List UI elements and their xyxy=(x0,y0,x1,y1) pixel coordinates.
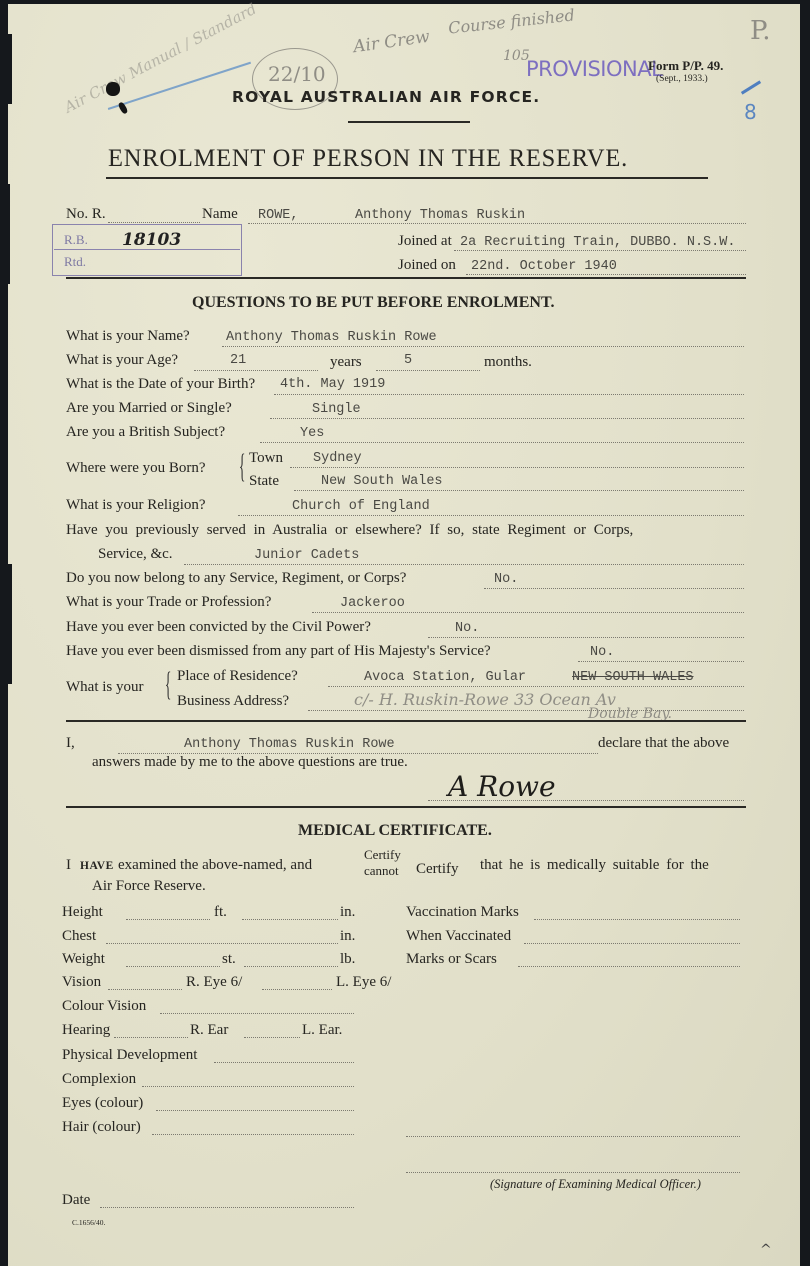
weight-st-field[interactable] xyxy=(126,966,220,967)
signature-caption: (Signature of Examining Medical Officer.… xyxy=(490,1177,701,1192)
in-label: in. xyxy=(340,904,355,921)
eyes-label: Eyes (colour) xyxy=(62,1095,143,1112)
cannot-option[interactable]: cannot xyxy=(364,863,399,879)
marks-scars-field[interactable] xyxy=(518,966,740,967)
trade-question: What is your Trade or Profession? xyxy=(66,594,271,611)
married-answer: Single xyxy=(312,402,361,417)
vision-label: Vision xyxy=(62,974,101,991)
business-question: Business Address? xyxy=(177,693,289,710)
vision-field[interactable] xyxy=(108,989,182,990)
age-years-line[interactable] xyxy=(194,370,318,371)
l-ear-label: L. Ear. xyxy=(302,1022,342,1039)
header-divider xyxy=(348,121,470,123)
org-name: ROYAL AUSTRALIAN AIR FORCE. xyxy=(232,88,540,106)
joined-on-field[interactable] xyxy=(466,274,746,275)
handwritten-note-course: Course finished xyxy=(447,5,575,37)
height-label: Height xyxy=(62,904,103,921)
residence-struck: NEW SOUTH WALES xyxy=(572,670,694,685)
religion-line[interactable] xyxy=(238,515,744,516)
rtd-label: Rtd. xyxy=(64,254,86,270)
town-label: Town xyxy=(249,450,283,467)
medical-text-i: I xyxy=(66,857,71,874)
religion-answer: Church of England xyxy=(292,499,430,514)
section-divider xyxy=(66,806,746,808)
when-vaccinated-field[interactable] xyxy=(524,943,740,944)
residence-brace: { xyxy=(165,666,172,704)
complexion-field[interactable] xyxy=(142,1086,354,1087)
dismissed-question: Have you ever been dismissed from any pa… xyxy=(66,643,491,660)
weight-label: Weight xyxy=(62,951,105,968)
physical-label: Physical Development xyxy=(62,1047,197,1064)
height-in-field[interactable] xyxy=(242,919,338,920)
vaccination-marks-label: Vaccination Marks xyxy=(406,904,519,921)
st-label: st. xyxy=(222,951,236,968)
page-title: ENROLMENT OF PERSON IN THE RESERVE. xyxy=(108,145,628,173)
dob-line[interactable] xyxy=(274,394,744,395)
colour-vision-field[interactable] xyxy=(160,1013,354,1014)
state-line[interactable] xyxy=(294,490,744,491)
dismissed-line[interactable] xyxy=(578,661,744,662)
medical-officer-signature-line[interactable] xyxy=(406,1136,740,1137)
joined-on-label: Joined on xyxy=(398,257,456,274)
hearing-field[interactable] xyxy=(114,1037,188,1038)
belong-question: Do you now belong to any Service, Regime… xyxy=(66,570,406,587)
section-divider xyxy=(66,277,746,279)
corner-mark: P. xyxy=(750,16,771,46)
age-years-value: 21 xyxy=(230,353,246,368)
chest-field[interactable] xyxy=(106,943,338,944)
religion-question: What is your Religion? xyxy=(66,497,206,514)
provisional-stamp: PROVISIONAL xyxy=(526,57,662,81)
chest-label: Chest xyxy=(62,928,96,945)
certify-label: Certify xyxy=(416,861,459,878)
corner-initial: ^ xyxy=(760,1242,772,1258)
belong-line[interactable] xyxy=(484,588,744,589)
joined-at-value: 2a Recruiting Train, DUBBO. N.S.W. xyxy=(460,235,735,250)
medical-text-line2: Air Force Reserve. xyxy=(92,878,206,895)
convicted-question: Have you ever been convicted by the Civi… xyxy=(66,619,371,636)
age-question: What is your Age? xyxy=(66,352,178,369)
british-answer: Yes xyxy=(300,426,324,441)
circled-number: 22/10 xyxy=(268,62,326,86)
medical-text-have: HAVE xyxy=(80,860,114,872)
declaration-line2: answers made by me to the above question… xyxy=(92,754,408,771)
served-question-cont: Service, &c. xyxy=(98,546,173,563)
eyes-field[interactable] xyxy=(156,1110,354,1111)
date-label: Date xyxy=(62,1192,90,1209)
ft-label: ft. xyxy=(214,904,227,921)
name-answer: Anthony Thomas Ruskin Rowe xyxy=(226,330,437,345)
handwritten-note-air-crew: Air Crew xyxy=(352,27,431,58)
form-number: Form P/P. 49. xyxy=(648,58,723,74)
joined-on-value: 22nd. October 1940 xyxy=(471,259,617,274)
medical-officer-signature-line-2[interactable] xyxy=(406,1172,740,1173)
served-answer: Junior Cadets xyxy=(254,548,359,563)
hair-label: Hair (colour) xyxy=(62,1119,141,1136)
r-ear-label: R. Ear xyxy=(190,1022,228,1039)
residence-answer: Avoca Station, Gular xyxy=(364,670,526,685)
born-state: New South Wales xyxy=(321,474,443,489)
torn-edge xyxy=(0,184,10,284)
title-underline xyxy=(106,177,708,179)
born-question: Where were you Born? xyxy=(66,460,206,477)
torn-edge xyxy=(0,34,12,104)
residence-line[interactable] xyxy=(328,686,744,687)
no-r-label: No. R. xyxy=(66,206,106,223)
r-eye-field[interactable] xyxy=(262,989,332,990)
business-line[interactable] xyxy=(308,710,744,711)
name-field[interactable] xyxy=(248,223,746,224)
british-question: Are you a British Subject? xyxy=(66,424,225,441)
medical-text-post: that he is medically suitable for the xyxy=(480,857,709,874)
convicted-line[interactable] xyxy=(428,637,744,638)
convicted-answer: No. xyxy=(455,621,479,636)
name-question: What is your Name? xyxy=(66,328,190,345)
section-divider xyxy=(66,720,746,722)
declaration-suffix: declare that the above xyxy=(598,735,729,752)
name-answer-line[interactable] xyxy=(222,346,744,347)
marks-scars-label: Marks or Scars xyxy=(406,951,497,968)
medical-text-mid: examined the above-named, and xyxy=(118,857,312,874)
form-date: (Sept., 1933.) xyxy=(656,74,708,84)
age-months-line[interactable] xyxy=(376,370,480,371)
signature-line[interactable] xyxy=(428,800,744,801)
medical-heading: MEDICAL CERTIFICATE. xyxy=(298,822,492,840)
trade-line[interactable] xyxy=(312,612,744,613)
r-ear-field[interactable] xyxy=(244,1037,300,1038)
age-months-value: 5 xyxy=(404,353,412,368)
blue-pencil-number: 8 xyxy=(744,100,757,124)
r-eye-label: R. Eye 6/ xyxy=(186,974,242,991)
height-ft-field[interactable] xyxy=(126,919,210,920)
colour-vision-label: Colour Vision xyxy=(62,998,146,1015)
name-label: Name xyxy=(202,206,238,223)
belong-answer: No. xyxy=(494,572,518,587)
residence-question: Place of Residence? xyxy=(177,668,298,685)
married-question: Are you Married or Single? xyxy=(66,400,232,417)
certify-option[interactable]: Certify xyxy=(364,847,401,863)
questions-heading: QUESTIONS TO BE PUT BEFORE ENROLMENT. xyxy=(192,294,554,312)
handwritten-note-left: Air Crew Manual / Standard xyxy=(61,0,259,116)
business-answer: c/- H. Ruskin-Rowe 33 Ocean Av xyxy=(354,690,616,709)
print-code: C.1656/40. xyxy=(72,1218,105,1227)
rb-number: 18103 xyxy=(122,230,181,250)
joined-at-label: Joined at xyxy=(398,233,452,250)
lb-label: lb. xyxy=(340,951,355,968)
declaration-prefix: I, xyxy=(66,735,75,752)
given-names-value: Anthony Thomas Ruskin xyxy=(355,208,525,223)
what-is-your-label: What is your xyxy=(66,679,143,696)
dob-question: What is the Date of your Birth? xyxy=(66,376,255,393)
physical-field[interactable] xyxy=(214,1062,354,1063)
surname-value: ROWE, xyxy=(258,208,299,223)
months-label: months. xyxy=(484,354,532,371)
state-label: State xyxy=(249,473,279,490)
torn-edge xyxy=(0,564,12,684)
complexion-label: Complexion xyxy=(62,1071,136,1088)
declaration-name: Anthony Thomas Ruskin Rowe xyxy=(184,737,395,752)
hearing-label: Hearing xyxy=(62,1022,110,1039)
applicant-signature: A Rowe xyxy=(448,770,556,803)
date-field[interactable] xyxy=(100,1207,354,1208)
dismissed-answer: No. xyxy=(590,645,614,660)
town-line[interactable] xyxy=(290,467,744,468)
served-line[interactable] xyxy=(184,564,744,565)
born-town: Sydney xyxy=(313,451,362,466)
served-question: Have you previously served in Australia … xyxy=(66,522,633,539)
document-page: Air Crew Manual / Standard Air Crew Cour… xyxy=(8,4,800,1266)
years-label: years xyxy=(330,354,362,371)
british-line[interactable] xyxy=(260,442,744,443)
when-vaccinated-label: When Vaccinated xyxy=(406,928,511,945)
no-r-field[interactable] xyxy=(108,222,200,223)
trade-answer: Jackeroo xyxy=(340,596,405,611)
hair-field[interactable] xyxy=(152,1134,354,1135)
l-eye-label: L. Eye 6/ xyxy=(336,974,391,991)
vaccination-marks-field[interactable] xyxy=(534,919,740,920)
weight-lb-field[interactable] xyxy=(244,966,338,967)
born-brace: { xyxy=(239,448,246,486)
blue-check-mark xyxy=(741,80,761,94)
chest-in-label: in. xyxy=(340,928,355,945)
rb-label: R.B. xyxy=(64,232,88,248)
dob-answer: 4th. May 1919 xyxy=(280,377,385,392)
ink-blot xyxy=(106,82,120,96)
joined-at-field[interactable] xyxy=(454,250,746,251)
married-line[interactable] xyxy=(270,418,744,419)
